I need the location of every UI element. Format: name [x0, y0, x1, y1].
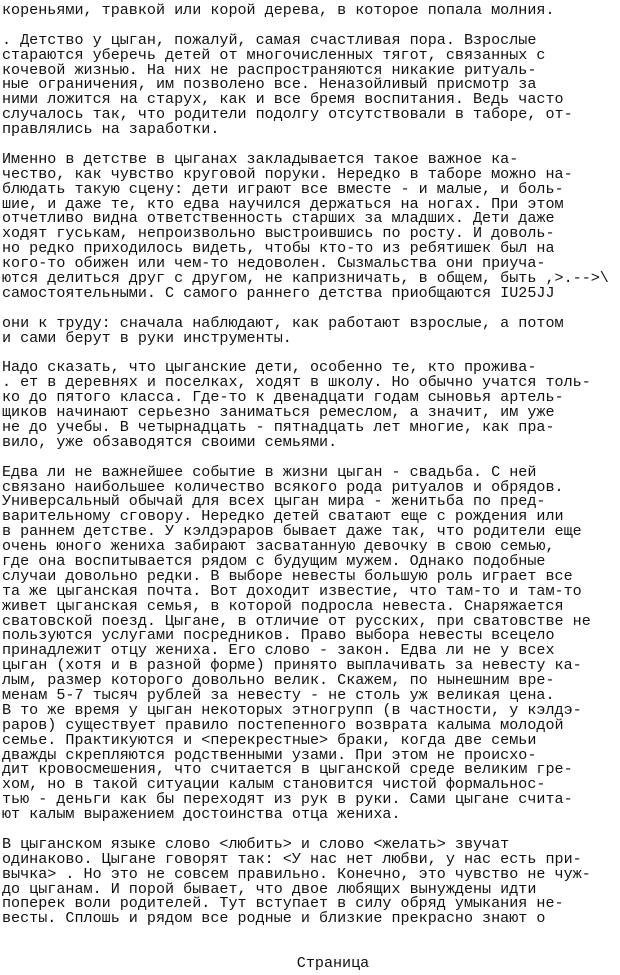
text-line: правлялись на заработки.: [2, 122, 609, 137]
text-line: ют калым выражением достоинства отца жен…: [2, 807, 609, 822]
text-line: самостоятельными. С самого раннего детст…: [2, 286, 609, 301]
text-line: и сами берут в руки инструменты.: [2, 331, 609, 346]
text-line: кореньями, травкой или корой дерева, в к…: [2, 3, 609, 18]
text-line: вило, уже обзаводятся своими семьями.: [2, 435, 609, 450]
page-footer-label: Страница: [0, 956, 620, 971]
document-body: кореньями, травкой или корой дерева, в к…: [2, 3, 609, 926]
text-line: весты. Сплошь и рядом все родные и близк…: [2, 911, 609, 926]
